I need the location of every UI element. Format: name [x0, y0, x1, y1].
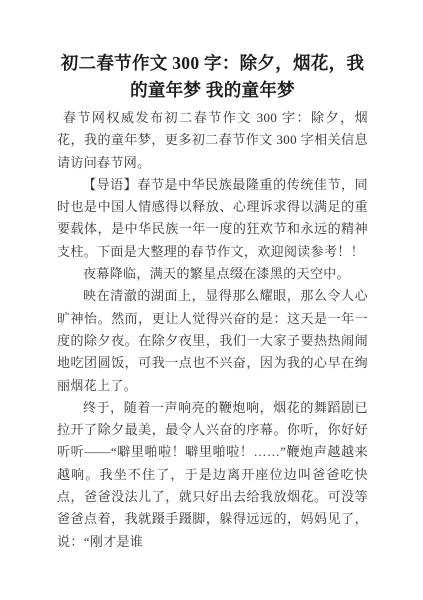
paragraph-source-note: 春节网权威发布初二春节作文 300 字：除夕，烟花，我的童年梦，更多初二春节作文… — [57, 107, 368, 174]
document-page: 初二春节作文 300 字：除夕，烟花，我的童年梦 我的童年梦 春节网权威发布初二… — [57, 0, 368, 553]
page-title: 初二春节作文 300 字：除夕，烟花，我的童年梦 我的童年梦 — [57, 50, 368, 104]
paragraph-intro: 【导语】春节是中华民族最隆重的传统佳节，同时也是中国人情感得以释放、心理诉求得以… — [57, 174, 368, 263]
paragraph-body-2: 映在清澈的湖面上，显得那么耀眼，那么令人心旷神怡。然而，更让人觉得兴奋的是：这天… — [57, 285, 368, 396]
paragraph-body-3: 终于，随着一声响亮的鞭炮响，烟花的舞蹈剧已拉开了除夕最美，最令人兴奋的序幕。你听… — [57, 397, 368, 553]
paragraph-body-1: 夜幕降临，满天的繁星点缀在漆黑的天空中。 — [57, 263, 368, 285]
